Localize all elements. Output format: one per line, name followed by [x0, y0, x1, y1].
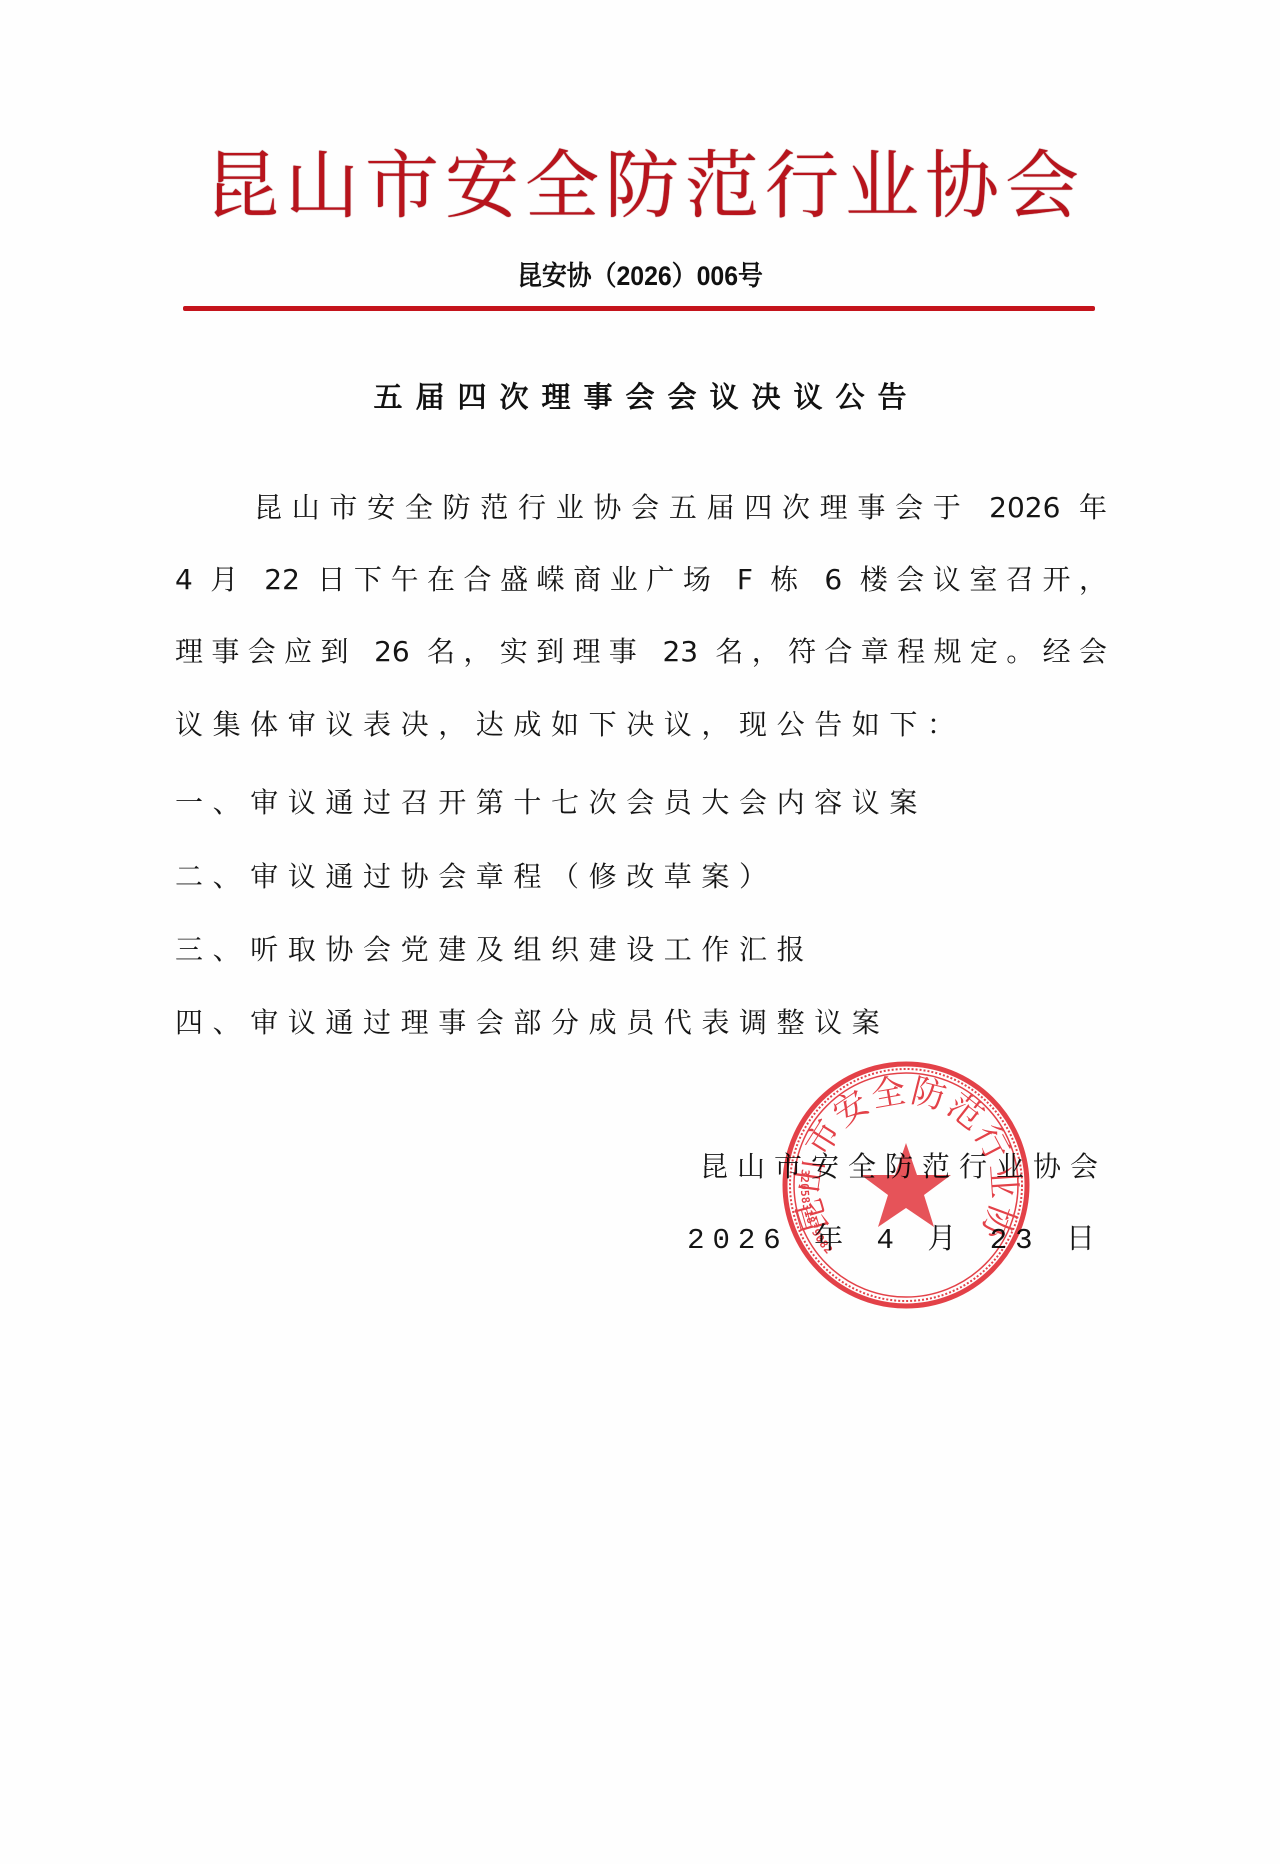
- official-seal-stamp: 昆山市安全防范行业协会 3205831879082: [780, 1059, 1032, 1311]
- body-line-4: 议集体审议表决，达成如下决议，现公告如下：: [175, 705, 1107, 745]
- resolution-item-3: 三、听取协会党建及组织建设工作汇报: [175, 930, 1107, 970]
- announcement-heading: 五届四次理事会会议决议公告: [240, 376, 1040, 418]
- body-line-2: 4 月 22 日下午在合盛嵘商业广场 F 栋 6 楼会议室召开，: [175, 560, 1107, 600]
- body-line-1: 昆山市安全防范行业协会五届四次理事会于 2026 年: [254, 488, 1107, 528]
- red-divider: [183, 306, 1095, 311]
- resolution-item-4: 四、审议通过理事会部分成员代表调整议案: [175, 1003, 1107, 1043]
- star-icon: [861, 1143, 951, 1227]
- date-day-unit: 日: [1066, 1221, 1103, 1255]
- resolution-item-1: 一、审议通过召开第十七次会员大会内容议案: [175, 783, 1107, 823]
- date-year: 2026: [687, 1224, 789, 1257]
- document-number: 昆安协（2026）006号: [364, 256, 916, 296]
- document-page: 昆山市安全防范行业协会 昆安协（2026）006号 五届四次理事会会议决议公告 …: [0, 0, 1280, 1864]
- resolution-item-2: 二、审议通过协会章程（修改草案）: [175, 857, 1107, 897]
- masthead-title: 昆山市安全防范行业协会: [150, 140, 1140, 232]
- body-line-3: 理事会应到 26 名，实到理事 23 名，符合章程规定。经会: [175, 632, 1107, 672]
